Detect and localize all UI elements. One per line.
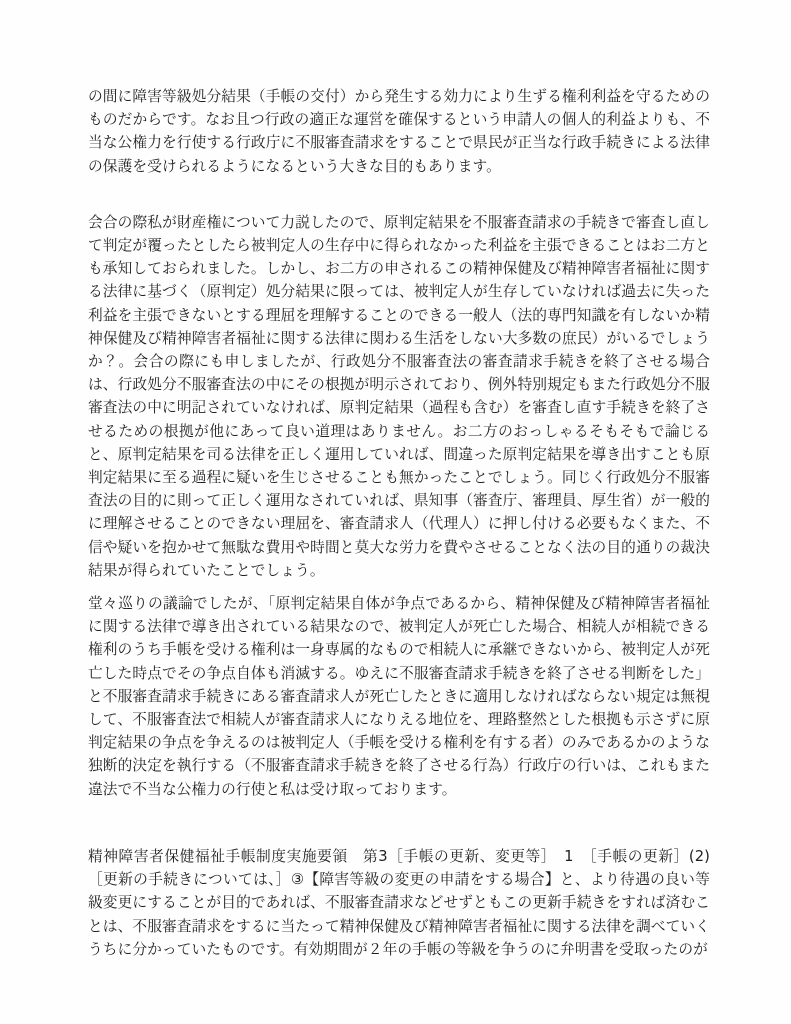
document-page: の間に障害等級処分結果（手帳の交付）から発生する効力により生ずる権利利益を守るた… bbox=[0, 0, 791, 1024]
paragraph-techo-renewal-rules: 精神障害者保健福祉手帳制度実施要領 第3［手帳の更新、変更等］ 1 ［手帳の更新… bbox=[88, 845, 710, 961]
paragraph-rights-protection: の間に障害等級処分結果（手帳の交付）から発生する効力により生ずる権利利益を守るた… bbox=[88, 85, 710, 178]
paragraph-circular-debate-conclusion: 堂々巡りの議論でしたが、「原判定結果自体が争点であるから、精神保健及び精神障害者… bbox=[88, 592, 710, 801]
paragraph-meeting-property-rights-argument: 会合の際私が財産権について力説したので、原判定結果を不服審査請求の手続きで審査し… bbox=[88, 211, 710, 582]
